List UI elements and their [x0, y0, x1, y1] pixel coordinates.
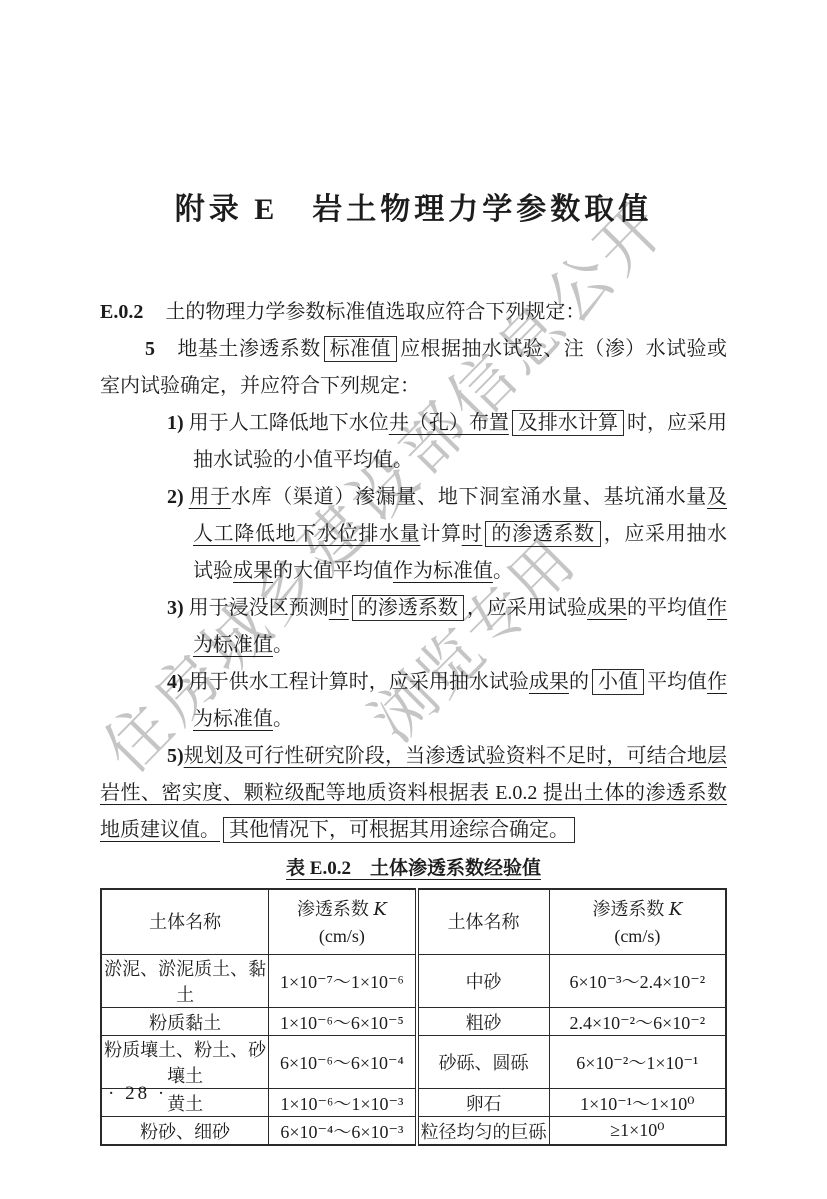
subitem-1: 1)用于人工降低地下水位井（孔）布置及排水计算时，应采用抽水试验的小值平均值。	[193, 405, 727, 479]
subitem-4-text-1: 用于供水工程计算时，应采用抽水试验	[189, 671, 529, 693]
header-k-symbol-left: K	[373, 899, 386, 920]
subitem-4-inserted-box: 小值	[592, 669, 644, 695]
cell-k-range: 6×10⁻⁴～6×10⁻³	[269, 1117, 417, 1146]
subitem-2-text-5: 。	[493, 560, 513, 582]
subitem-2-underline-3: 时	[462, 523, 483, 545]
table-header-row: 土体名称 渗透系数 K (cm/s) 土体名称 渗透系数 K (cm/s)	[101, 889, 726, 955]
subitem-1-underline-1: 井（孔）布置	[389, 412, 509, 434]
subitem-5-number: 5)	[167, 745, 184, 767]
table-caption: 表 E.0.2 土体渗透系数经验值	[100, 854, 727, 884]
cell-soil: 粉砂、细砂	[101, 1117, 269, 1146]
cell-k-range: 6×10⁻²～1×10⁻¹	[549, 1036, 726, 1089]
subitem-2-inserted-box: 的渗透系数	[485, 521, 600, 547]
subitem-3-text-3: 的平均值	[627, 597, 707, 619]
subitem-3: 3)用于浸没区预测时的渗透系数，应采用试验成果的平均值作为标准值。	[193, 590, 727, 664]
cell-k-range: 6×10⁻⁶～6×10⁻⁴	[269, 1036, 417, 1089]
subitem-4-underline-1: 成果	[529, 671, 569, 693]
subitem-4-text-4: 。	[273, 708, 293, 730]
subitem-3-text-2: ，应采用试验	[467, 597, 587, 619]
header-k-symbol-right: K	[669, 899, 682, 920]
table-header: 土体名称 渗透系数 K (cm/s) 土体名称 渗透系数 K (cm/s)	[101, 889, 726, 955]
header-k-right: 渗透系数 K (cm/s)	[549, 889, 726, 955]
subitem-2: 2)用于水库（渠道）渗漏量、地下洞室涌水量、基坑涌水量及人工降低地下水位排水量计…	[193, 479, 727, 590]
item-5-number: 5	[145, 338, 155, 360]
item-5-text-1: 地基土渗透系数	[177, 338, 321, 360]
cell-soil: 粒径均匀的巨砾	[417, 1117, 550, 1146]
subitem-1-text-1: 用于人工降低地下水位	[189, 412, 389, 434]
subitem-3-text-1: 用于浸没区预测	[189, 597, 329, 619]
table-row: 粉质黏土 1×10⁻⁶～6×10⁻⁵ 粗砂 2.4×10⁻²～6×10⁻²	[101, 1008, 726, 1036]
table-row: 粉质壤土、粉土、砂壤土 6×10⁻⁶～6×10⁻⁴ 砂砾、圆砾 6×10⁻²～1…	[101, 1036, 726, 1089]
subitem-3-text-4: 。	[273, 634, 293, 656]
cell-k-range: 1×10⁻⁶～6×10⁻⁵	[269, 1008, 417, 1036]
header-k-unit-right: (cm/s)	[614, 926, 660, 946]
cell-k-range: ≥1×10⁰	[549, 1117, 726, 1146]
item-5: 5地基土渗透系数标准值应根据抽水试验、注（渗）水试验或室内试验确定，并应符合下列…	[100, 331, 727, 405]
subitem-5-inserted-box: 其他情况下，可根据其用途综合确定。	[223, 817, 575, 843]
appendix-title: 附录 E 岩土物理力学参数取值	[100, 188, 727, 232]
subitem-1-number: 1)	[167, 412, 184, 434]
cell-k-range: 1×10⁻⁶～1×10⁻³	[269, 1089, 417, 1117]
subitem-3-underline-1: 时	[329, 597, 349, 619]
clause-text: 土的物理力学参数标准值选取应符合下列规定：	[165, 301, 585, 323]
header-k-label-right: 渗透系数	[592, 899, 664, 919]
subitem-2-underline-1: 用于	[189, 486, 231, 508]
header-k-label-left: 渗透系数	[297, 899, 369, 919]
subitem-3-underline-2: 成果	[587, 597, 627, 619]
cell-k-range: 1×10⁻⁷～1×10⁻⁶	[269, 955, 417, 1008]
cell-soil: 淤泥、淤泥质土、黏土	[101, 955, 269, 1008]
subitem-4-text-3: 平均值	[647, 671, 707, 693]
subitem-2-text-2: 计算	[420, 523, 461, 545]
cell-soil: 砂砾、圆砾	[417, 1036, 550, 1089]
cell-soil: 中砂	[417, 955, 550, 1008]
subitem-3-inserted-box: 的渗透系数	[352, 595, 464, 621]
cell-soil: 粉质黏土	[101, 1008, 269, 1036]
document-page: 住房城乡建设部信息公开 浏览专用 附录 E 岩土物理力学参数取值 E.0.2土的…	[0, 0, 827, 1199]
table-row: 淤泥、淤泥质土、黏土 1×10⁻⁷～1×10⁻⁶ 中砂 6×10⁻³～2.4×1…	[101, 955, 726, 1008]
subitem-2-number: 2)	[167, 486, 184, 508]
subitem-2-text-4: 的大值平均值	[273, 560, 393, 582]
cell-soil: 粉质壤土、粉土、砂壤土	[101, 1036, 269, 1089]
subitem-4-text-2: 的	[569, 671, 589, 693]
table-row: 黄土 1×10⁻⁶～1×10⁻³ 卵石 1×10⁻¹～1×10⁰	[101, 1089, 726, 1117]
header-soil-name-right: 土体名称	[417, 889, 550, 955]
item-5-inserted-box: 标准值	[324, 336, 397, 362]
subitem-3-number: 3)	[167, 597, 184, 619]
cell-k-range: 1×10⁻¹～1×10⁰	[549, 1089, 726, 1117]
clause-label: E.0.2	[100, 301, 143, 323]
cell-soil: 粗砂	[417, 1008, 550, 1036]
permeability-table: 土体名称 渗透系数 K (cm/s) 土体名称 渗透系数 K (cm/s)	[100, 888, 727, 1146]
header-k-left: 渗透系数 K (cm/s)	[269, 889, 417, 955]
header-k-unit-left: (cm/s)	[319, 926, 365, 946]
clause-e02: E.0.2土的物理力学参数标准值选取应符合下列规定：	[100, 294, 727, 331]
subitem-1-inserted-box: 及排水计算	[512, 410, 624, 436]
cell-soil: 卵石	[417, 1089, 550, 1117]
subitem-2-text-1: 水库（渠道）渗漏量、地下洞室涌水量、基坑涌水量	[231, 486, 707, 508]
subitem-4: 4)用于供水工程计算时，应采用抽水试验成果的小值平均值作为标准值。	[193, 664, 727, 738]
subitem-4-number: 4)	[167, 671, 184, 693]
page-number: · 28 ·	[108, 1083, 167, 1105]
table-row: 粉砂、细砂 6×10⁻⁴～6×10⁻³ 粒径均匀的巨砾 ≥1×10⁰	[101, 1117, 726, 1146]
cell-k-range: 6×10⁻³～2.4×10⁻²	[549, 955, 726, 1008]
document-body: 附录 E 岩土物理力学参数取值 E.0.2土的物理力学参数标准值选取应符合下列规…	[100, 0, 727, 1146]
header-soil-name-left: 土体名称	[101, 889, 269, 955]
table-caption-text: 表 E.0.2 土体渗透系数经验值	[286, 858, 541, 879]
cell-k-range: 2.4×10⁻²～6×10⁻²	[549, 1008, 726, 1036]
subitem-5: 5)规划及可行性研究阶段，当渗透试验资料不足时，可结合地层岩性、密实度、颗粒级配…	[100, 738, 727, 849]
subitem-2-underline-4: 成果	[233, 560, 273, 582]
subitem-2-underline-5: 作为标准值	[393, 560, 493, 582]
